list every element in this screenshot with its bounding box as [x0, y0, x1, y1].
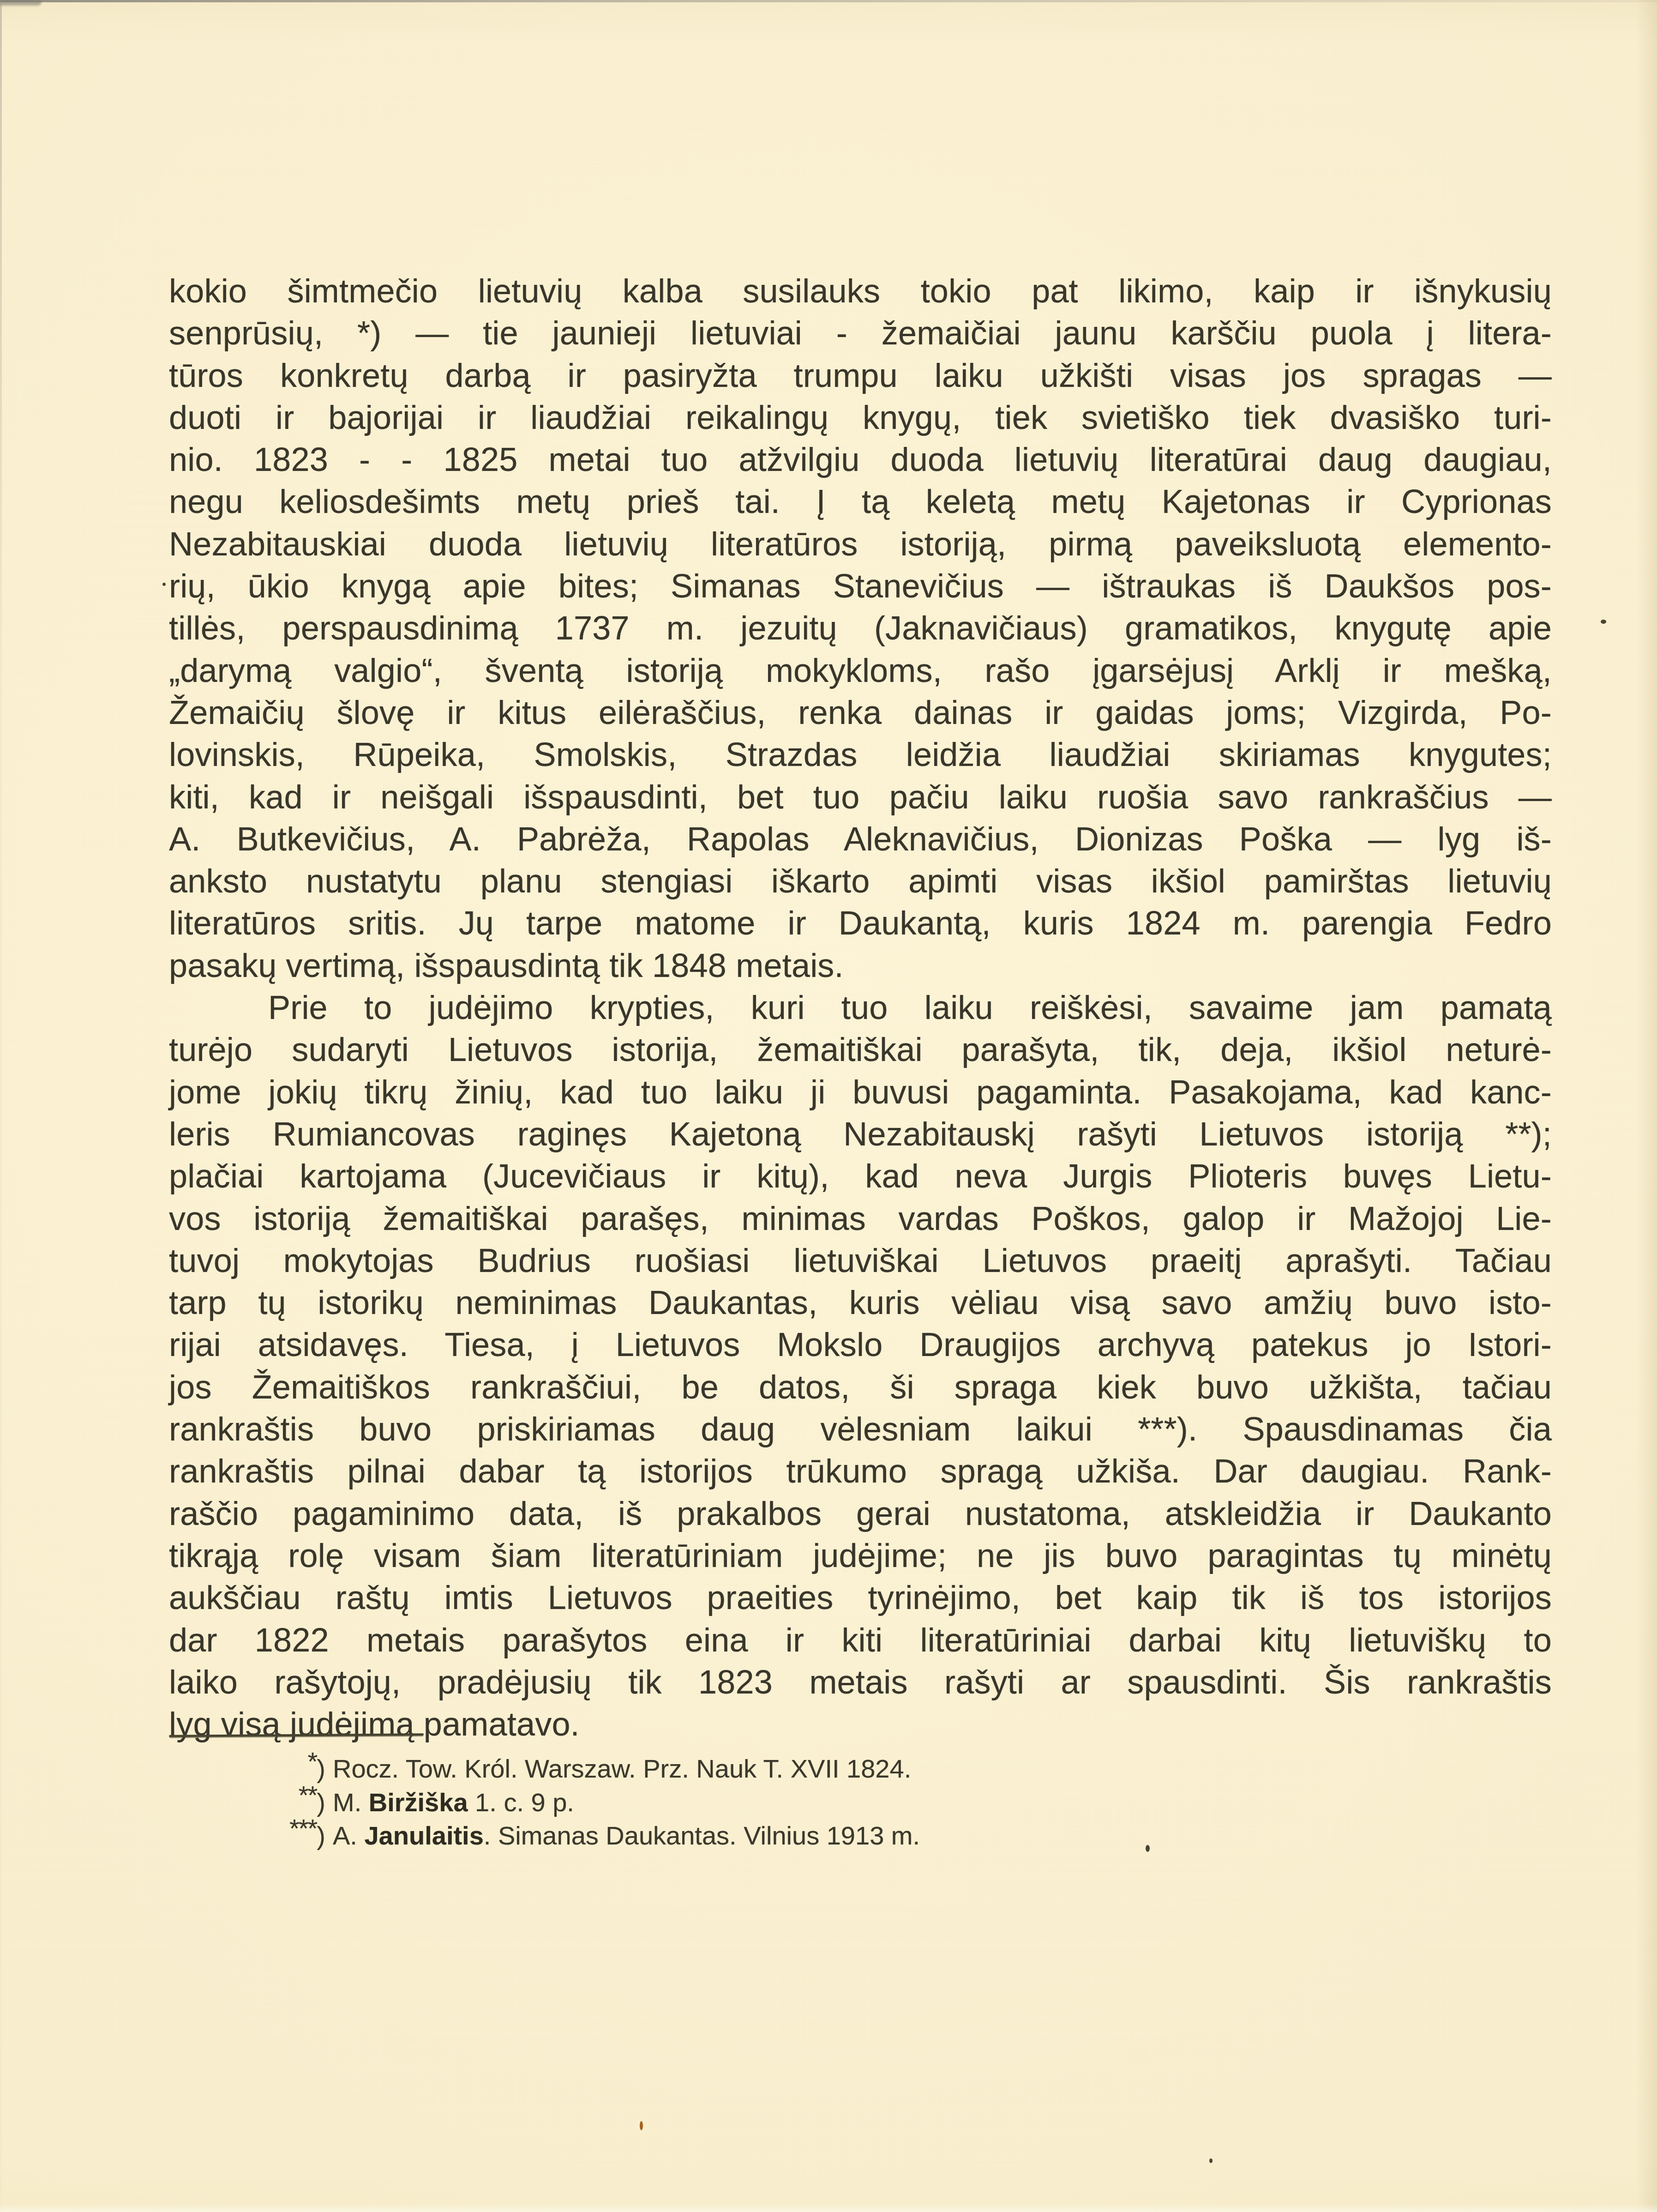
body-line: jos Žemaitiškos rankraščiui, be datos, š…: [169, 1367, 1552, 1409]
footnote-marker-stars: *: [308, 1747, 317, 1776]
body-line: tikrąją rolę visam šiam literatūriniam j…: [169, 1535, 1552, 1577]
body-line: Žemaičių šlovę ir kitus eilėraščius, ren…: [169, 692, 1552, 734]
footnote-marker-stars: **: [299, 1780, 317, 1809]
body-line: rių, ūkio knygą apie bites; Simanas Stan…: [169, 566, 1552, 608]
body-line: dar 1822 metais parašytos eina ir kiti l…: [169, 1620, 1552, 1662]
body-line: „darymą valgio“, šventą istoriją mokyklo…: [169, 650, 1552, 692]
body-line: negu keliosdešimts metų prieš tai. Į tą …: [169, 481, 1552, 523]
body-line: jome jokių tikrų žinių, kad tuo laiku ji…: [169, 1072, 1552, 1114]
body-line: turėjo sudaryti Lietuvos istorija, žemai…: [169, 1029, 1552, 1071]
body-line: duoti ir bajorijai ir liaudžiai reikalin…: [169, 397, 1552, 439]
body-line: tūros konkretų darbą ir pasiryžta trumpu…: [169, 355, 1552, 397]
body-line: leris Rumiancovas raginęs Kajetoną Nezab…: [169, 1114, 1552, 1156]
body-line: tarp tų istorikų neminimas Daukantas, ku…: [169, 1282, 1552, 1324]
body-line: tuvoj mokytojas Budrius ruošiasi lietuvi…: [169, 1240, 1552, 1282]
footnote-text-part: . Simanas Daukantas. Vilnius 1913 m.: [484, 1821, 920, 1850]
body-line: rankraštis pilnai dabar tą istorijos trū…: [169, 1451, 1552, 1493]
body-line: plačiai kartojama (Jucevičiaus ir kitų),…: [169, 1156, 1552, 1198]
footnote-text-part: 1. c. 9 p.: [468, 1788, 574, 1817]
footnote-text: A. Janulaitis. Simanas Daukantas. Vilniu…: [325, 1819, 920, 1853]
footnote: **)M. Biržiška 1. c. 9 p.: [162, 1786, 1500, 1820]
footnote-text-part: Rocz. Tow. Król. Warszaw. Prz. Nauk T. X…: [333, 1754, 911, 1783]
body-line: kiti, kad ir neišgali išspausdinti, bet …: [169, 777, 1552, 819]
footnote: ***)A. Janulaitis. Simanas Daukantas. Vi…: [162, 1819, 1500, 1853]
body-line: lyg visą judėjimą pamatavo.: [169, 1704, 1552, 1746]
page-right-shading: [1636, 0, 1657, 2212]
footnote-text-part: A.: [333, 1821, 364, 1850]
footnote-text-part: M.: [333, 1788, 369, 1817]
body-text-block: kokio šimtmečio lietuvių kalba susilauks…: [169, 271, 1552, 1746]
body-line: raščio pagaminimo data, iš prakalbos ger…: [169, 1493, 1552, 1535]
body-line: Nezabitauskiai duoda lietuvių literatūro…: [169, 524, 1552, 566]
ink-speck: [1601, 620, 1606, 624]
ink-speck: [162, 583, 166, 586]
footnote-marker-paren: ): [317, 1821, 325, 1850]
footnote-marker: ***): [162, 1819, 325, 1853]
page-bottom-shading: [0, 2204, 1657, 2212]
footnote-author-name: Janulaitis: [364, 1821, 483, 1850]
body-line: pasakų vertimą, išspausdintą tik 1848 me…: [169, 945, 1552, 987]
body-line: literatūros sritis. Jų tarpe matome ir D…: [169, 903, 1552, 945]
body-line: kokio šimtmečio lietuvių kalba susilauks…: [169, 271, 1552, 313]
body-line: rijai atsidavęs. Tiesa, į Lietuvos Moksl…: [169, 1324, 1552, 1366]
ink-speck: [640, 2121, 643, 2130]
footnote-marker-stars: ***: [289, 1814, 317, 1843]
scanned-book-page: kokio šimtmečio lietuvių kalba susilauks…: [0, 0, 1657, 2212]
body-line: tillės, perspausdinimą 1737 m. jezuitų (…: [169, 608, 1552, 650]
footnote-text: Rocz. Tow. Król. Warszaw. Prz. Nauk T. X…: [325, 1752, 911, 1786]
scan-top-edge-artifact: [0, 0, 1657, 2]
footnote-author-name: Biržiška: [369, 1788, 468, 1817]
body-line: A. Butkevičius, A. Pabrėža, Rapolas Alek…: [169, 819, 1552, 861]
body-line: rankraštis buvo priskiriamas daug vėlesn…: [169, 1409, 1552, 1451]
footnote: *)Rocz. Tow. Król. Warszaw. Prz. Nauk T.…: [162, 1752, 1500, 1786]
footnote-marker-paren: ): [317, 1754, 325, 1783]
ink-speck: [1146, 1845, 1150, 1852]
body-line: senprūsių, *) — tie jaunieji lietuviai -…: [169, 313, 1552, 355]
body-line: lovinskis, Rūpeika, Smolskis, Strazdas l…: [169, 734, 1552, 776]
footnote-marker-paren: ): [317, 1788, 325, 1817]
scan-left-edge-artifact: [0, 0, 2, 2212]
footnote-text: M. Biržiška 1. c. 9 p.: [325, 1786, 574, 1820]
footnotes-block: *)Rocz. Tow. Król. Warszaw. Prz. Nauk T.…: [162, 1752, 1500, 1853]
body-line: laiko rašytojų, pradėjusių tik 1823 meta…: [169, 1662, 1552, 1704]
body-line: Prie to judėjimo krypties, kuri tuo laik…: [169, 987, 1552, 1029]
body-line: nio. 1823 - - 1825 metai tuo atžvilgiu d…: [169, 439, 1552, 481]
ink-speck: [1209, 2158, 1213, 2163]
body-line: anksto nustatytu planu stengiasi iškarto…: [169, 861, 1552, 903]
body-line: vos istoriją žemaitiškai parašęs, minima…: [169, 1198, 1552, 1240]
body-line: aukščiau raštų imtis Lietuvos praeities …: [169, 1577, 1552, 1619]
scan-corner-smudge: [0, 0, 42, 6]
